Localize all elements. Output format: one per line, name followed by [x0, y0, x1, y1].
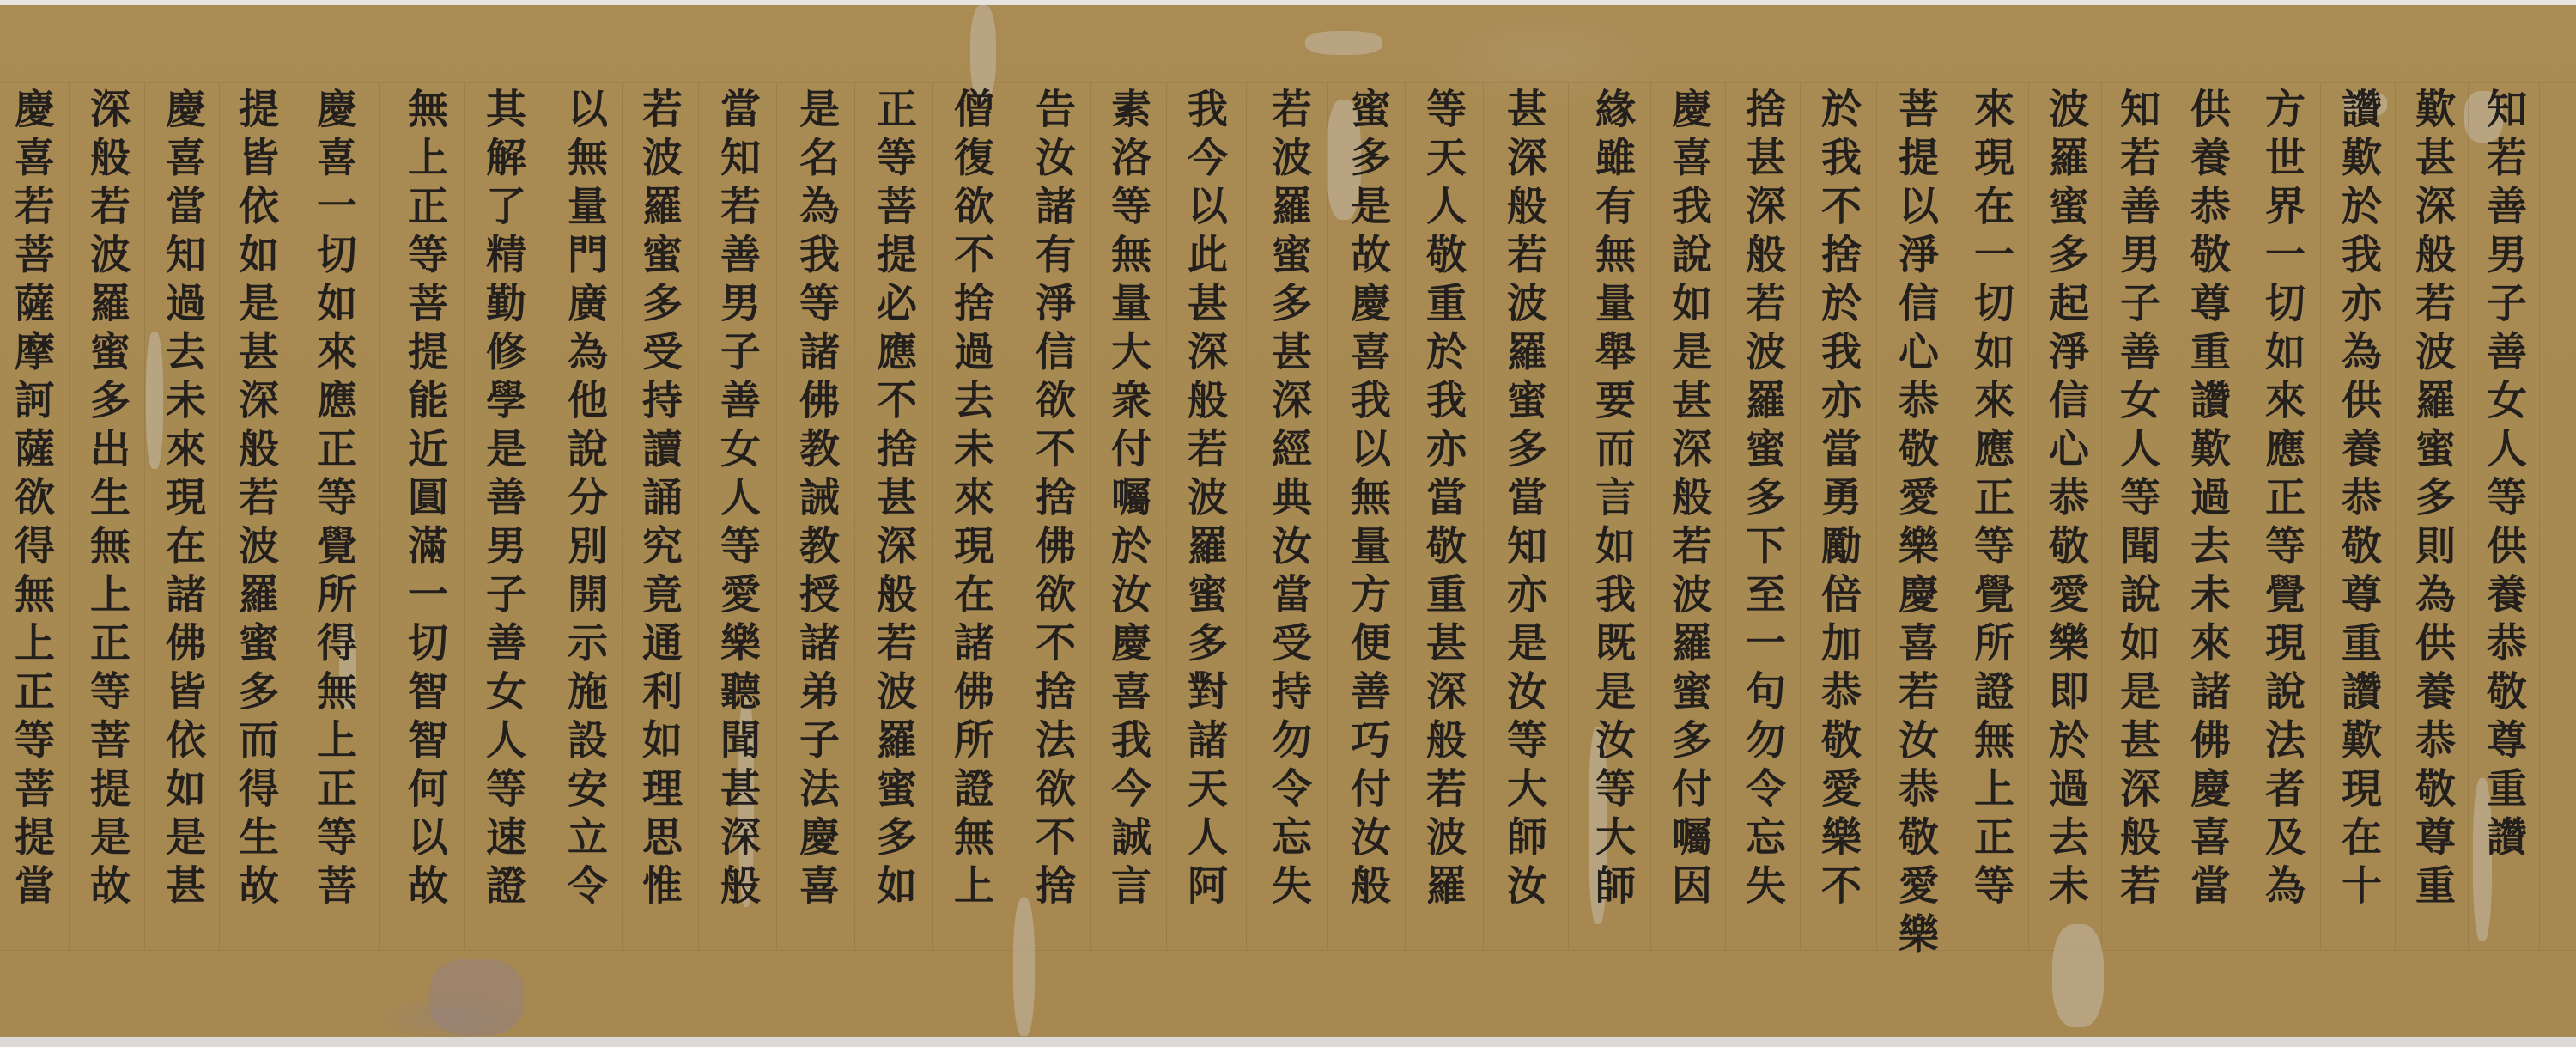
column-ruling-line — [1090, 82, 1091, 950]
text-column-26: 若波羅蜜多受持讀誦究竟通利如理思惟 — [631, 88, 686, 913]
column-ruling-line — [932, 82, 933, 950]
column-ruling-line — [1012, 82, 1012, 950]
column-ruling-line — [2028, 82, 2029, 950]
text-column-25: 當知若善男子善女人等愛樂聽聞甚深般 — [709, 88, 764, 913]
column-ruling-line — [1483, 82, 1484, 950]
column-ruling-line — [2172, 82, 2172, 950]
text-column-15: 甚深般若波羅蜜多當知亦是汝等大師汝 — [1496, 88, 1551, 913]
column-ruling-line — [144, 82, 145, 950]
text-column-29: 無上正等菩提能近圓滿一切智智何以故 — [397, 88, 452, 913]
column-ruling-line — [854, 82, 855, 950]
text-column-22: 僧復欲不捨過去未來現在諸佛所證無上 — [943, 88, 998, 913]
text-column-32: 慶喜當知過去未來現在諸佛皆依如是甚 — [155, 88, 210, 913]
column-ruling-line — [1650, 82, 1651, 950]
column-ruling-line — [698, 82, 699, 950]
text-column-20: 素洛等無量大衆付囑於汝慶喜我今誠言 — [1100, 88, 1155, 913]
text-column-24: 是名為我等諸佛教誡教授諸弟子法慶喜 — [788, 88, 843, 913]
text-column-11: 於我不捨於我亦當勇勵倍加恭敬愛樂不 — [1810, 88, 1865, 913]
column-ruling-line — [1166, 82, 1167, 950]
text-column-28: 其解了精勤修學是善男子善女人等速證 — [475, 88, 530, 913]
water-stain — [1013, 898, 1035, 1036]
manuscript-scroll: 知若善男子善女人等供養恭敬尊重讚 歎甚深般若波羅蜜多則為供養恭敬尊重 讚歎於我亦… — [0, 5, 2576, 1037]
text-column-31: 提皆依如是甚深般若波羅蜜多而得生故 — [228, 88, 283, 913]
column-ruling-line — [2468, 82, 2469, 950]
text-column-16: 等天人敬重於我亦當敬重甚深般若波羅 — [1415, 88, 1470, 913]
column-ruling-line — [1327, 82, 1328, 950]
text-column-6: 供養恭敬尊重讚歎過去未來諸佛慶喜當 — [2179, 88, 2234, 913]
text-column-5: 方世界一切如來應正等覺現說法者及為 — [2254, 88, 2309, 913]
text-column-33: 深般若波羅蜜多出生無上正等菩提是故 — [79, 88, 134, 913]
column-ruling-line — [2320, 82, 2321, 950]
water-stain — [429, 959, 524, 1036]
lower-ruling-line — [0, 950, 2576, 951]
text-column-34: 慶喜若菩薩摩訶薩欲得無上正等菩提當 — [3, 88, 58, 913]
column-ruling-line — [464, 82, 465, 950]
column-ruling-line — [2101, 82, 2102, 950]
scroll-bottom-mount-edge — [0, 1037, 2576, 1047]
column-ruling-line — [1568, 82, 1569, 950]
text-column-30: 慶喜一切如來應正等覺所得無上正等菩 — [306, 88, 361, 913]
water-stain — [2052, 924, 2104, 1027]
text-column-10: 菩提以淨信心恭敬愛樂慶喜若汝恭敬愛樂 — [1887, 88, 1942, 961]
text-column-12: 捨甚深般若波羅蜜多下至一句勿令忘失 — [1735, 88, 1789, 913]
column-ruling-line — [1800, 82, 1801, 950]
column-ruling-line — [2539, 82, 2540, 950]
column-ruling-line — [1246, 82, 1247, 950]
text-column-19: 我今以此甚深般若波羅蜜多對諸天人阿 — [1176, 88, 1231, 913]
water-stain — [970, 5, 996, 100]
text-column-18: 若波羅蜜多甚深經典汝當受持勿令忘失 — [1261, 88, 1315, 913]
text-column-14: 緣雖有無量舉要而言如我既是汝等大師 — [1584, 88, 1639, 913]
text-column-8: 波羅蜜多起淨信心恭敬愛樂即於過去未 — [2038, 88, 2093, 913]
column-ruling-line — [1876, 82, 1877, 950]
text-column-13: 慶喜我說如是甚深般若波羅蜜多付囑因 — [1661, 88, 1716, 913]
column-ruling-line — [219, 82, 220, 950]
text-column-21: 告汝諸有淨信欲不捨佛欲不捨法欲不捨 — [1024, 88, 1079, 913]
text-column-2: 知若善男子善女人等供養恭敬尊重讚 — [2476, 88, 2530, 864]
column-ruling-line — [2395, 82, 2396, 950]
upper-ruling-line — [0, 82, 2576, 83]
text-column-9: 來現在一切如來應正等覺所證無上正等 — [1963, 88, 2018, 913]
text-column-3: 歎甚深般若波羅蜜多則為供養恭敬尊重 — [2404, 88, 2459, 913]
text-column-27: 以無量門廣為他說分別開示施設安立令 — [556, 88, 611, 913]
water-stain — [1305, 31, 1382, 55]
column-ruling-line — [1953, 82, 1953, 950]
column-ruling-line — [544, 82, 544, 950]
column-ruling-line — [1725, 82, 1726, 950]
column-ruling-line — [379, 82, 380, 950]
column-ruling-line — [2245, 82, 2245, 950]
column-ruling-line — [776, 82, 777, 950]
text-column-17: 蜜多是故慶喜我以無量方便善巧付汝般 — [1340, 88, 1394, 913]
column-ruling-line — [69, 82, 70, 950]
column-ruling-line — [622, 82, 623, 950]
column-ruling-line — [1405, 82, 1406, 950]
column-ruling-line — [295, 82, 295, 950]
text-column-23: 正等菩提必應不捨甚深般若波羅蜜多如 — [866, 88, 920, 913]
text-column-7: 知若善男子善女人等聞說如是甚深般若 — [2109, 88, 2164, 913]
text-column-4: 讚歎於我亦為供養恭敬尊重讚歎現在十 — [2330, 88, 2385, 913]
